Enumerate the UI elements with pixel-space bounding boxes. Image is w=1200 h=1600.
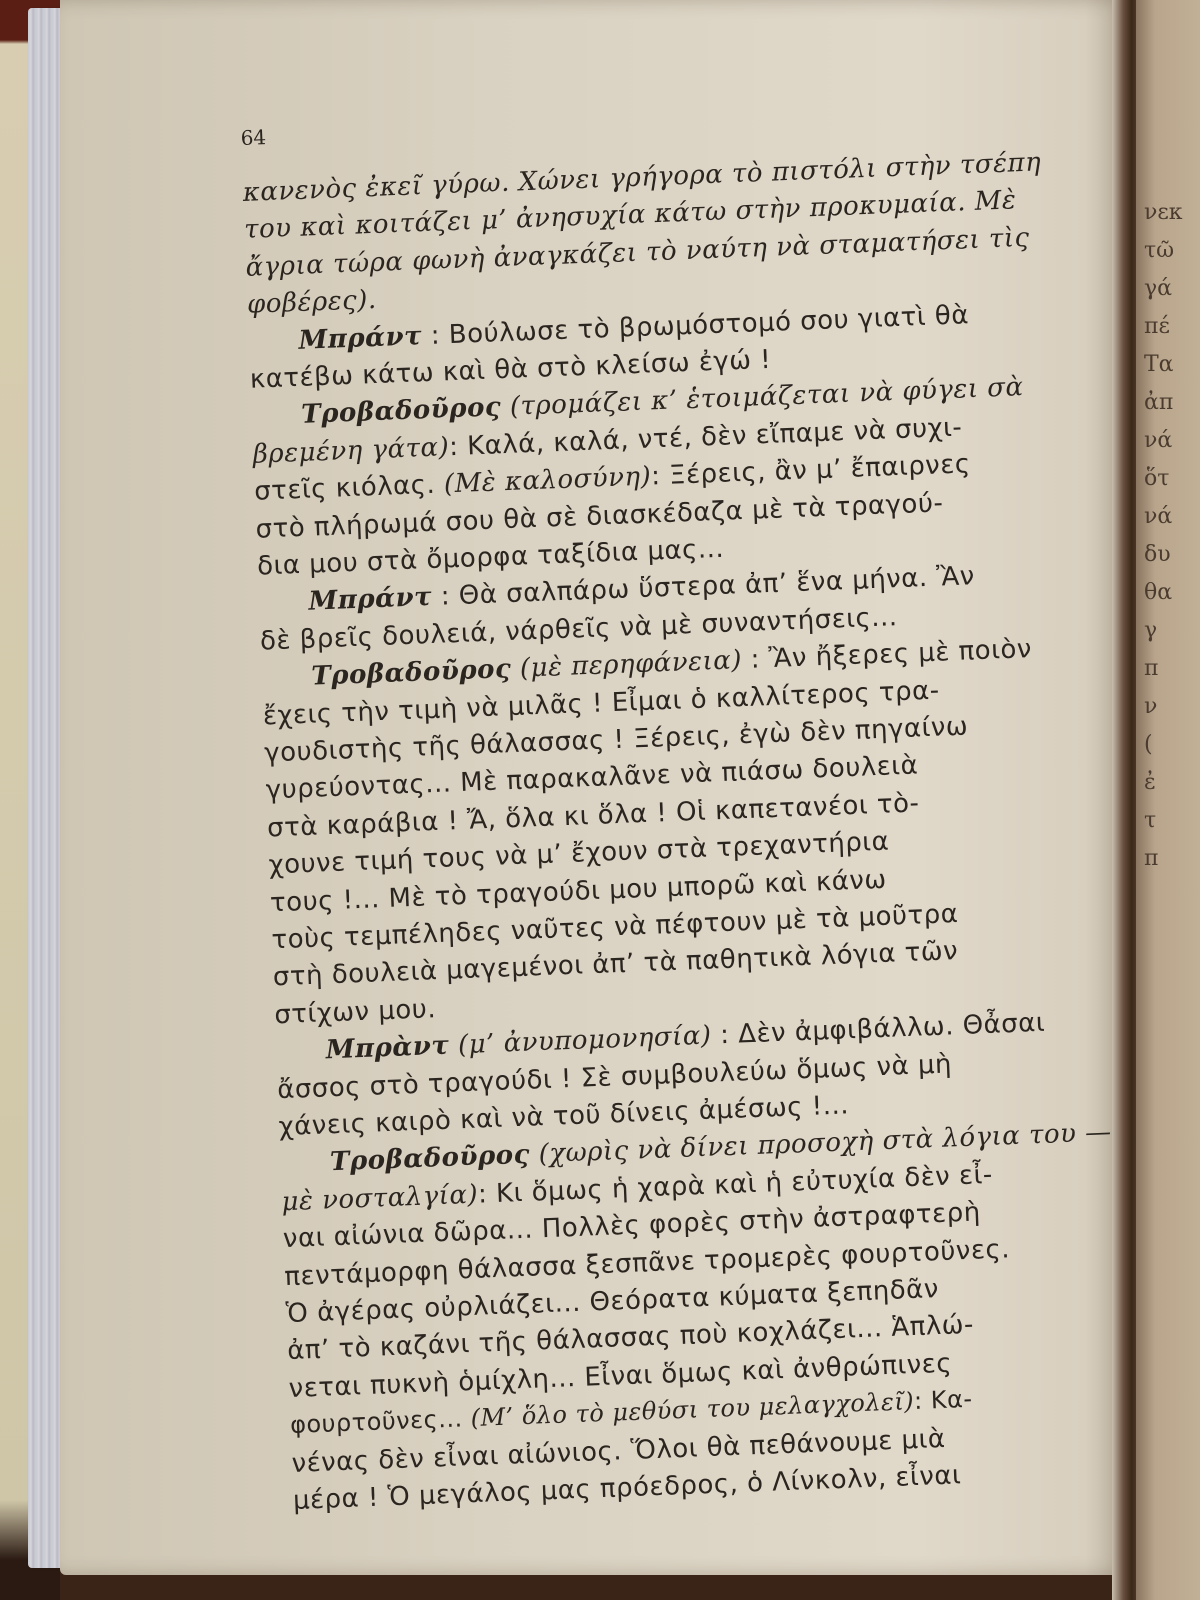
facing-page-fragment: νά: [1144, 428, 1172, 453]
facing-page-fragment: ὅτ: [1144, 466, 1169, 491]
facing-page-fragment: ἐ: [1144, 770, 1156, 795]
facing-page-fragment: τ: [1144, 808, 1156, 833]
dialogue-text: στίχων μου.: [274, 994, 437, 1030]
facing-page-fragment: γά: [1144, 276, 1172, 301]
speaker-name: Μπράντ: [298, 321, 423, 356]
facing-page-fragment: τῶ: [1144, 238, 1174, 263]
facing-page-fragment: π: [1144, 846, 1158, 871]
dialogue-text: : Κα-: [914, 1385, 973, 1415]
stage-direction: φοβέρες).: [247, 285, 378, 320]
text-line: στίχων μου.: [274, 994, 437, 1030]
facing-page-fragment: ἀπ: [1144, 390, 1173, 415]
facing-page: νεκτῶγάπέΤαἀπνάὅτνάδυθαγπν(ἐτπ: [1136, 0, 1200, 1600]
facing-page-fragment: θα: [1144, 580, 1172, 605]
text-line: φοβέρες).: [247, 285, 378, 320]
speaker-name: Μπρὰντ: [325, 1031, 450, 1066]
facing-page-fragment: Τα: [1144, 352, 1174, 377]
facing-page-fragment: νά: [1144, 504, 1172, 529]
facing-page-fragment: πέ: [1144, 314, 1170, 339]
facing-page-fragment: δυ: [1144, 542, 1171, 567]
facing-page-fragment: π: [1144, 656, 1158, 681]
facing-page-fragment: γ: [1144, 618, 1157, 643]
facing-page-fragment: (: [1144, 732, 1153, 757]
speaker-name: Μπράντ: [308, 582, 433, 617]
facing-page-fragment: ν: [1144, 694, 1157, 719]
facing-page-fragment: νεκ: [1144, 200, 1183, 225]
page-number: 64: [240, 125, 266, 150]
